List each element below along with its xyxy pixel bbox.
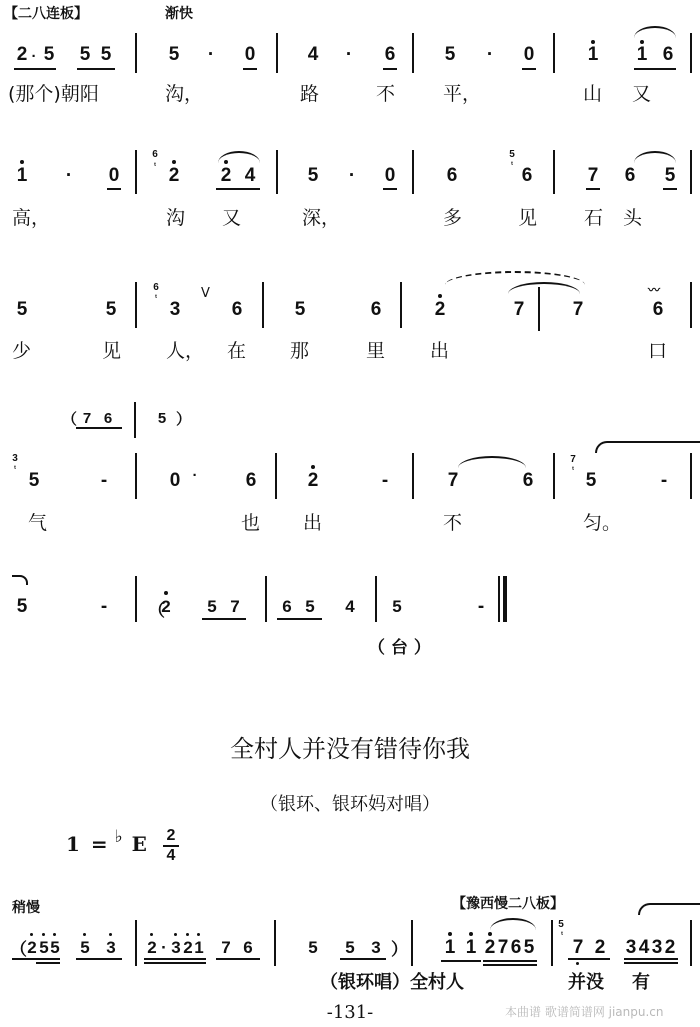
barline (134, 402, 136, 438)
grace-mark: ᵗ (507, 160, 517, 170)
lyric: 又 (632, 83, 651, 105)
lyric: 山 (583, 83, 602, 105)
underline (77, 68, 115, 70)
note: 7 (496, 938, 510, 958)
note: 6 (520, 166, 534, 186)
high-octave-dot (174, 933, 177, 936)
trill-ornament-icon: 〰 (648, 281, 658, 298)
high-octave-dot (448, 932, 452, 936)
barline (690, 282, 692, 328)
dot: · (345, 166, 359, 186)
tie-continues (638, 903, 700, 915)
banqiang-label: 【豫西慢二八板】 (452, 896, 564, 912)
grace-note: 3 (10, 454, 20, 464)
tie-continues (595, 441, 700, 453)
underline (624, 958, 678, 960)
note: 3 (104, 938, 118, 958)
note: 5 (104, 300, 118, 320)
barline (553, 150, 555, 194)
note: 1 (586, 45, 600, 65)
dash: - (97, 471, 111, 491)
lyric: 口 (648, 340, 667, 362)
underline (243, 68, 257, 70)
barline (412, 453, 414, 499)
dash: - (378, 471, 392, 491)
note: 6 (521, 471, 535, 491)
banqiang-label: 【二八连板】 (4, 6, 88, 22)
dot: · (188, 466, 202, 486)
note: 2 (306, 471, 320, 491)
slur (634, 26, 676, 38)
high-octave-dot (311, 465, 315, 469)
note: 2 (593, 938, 607, 958)
underline (76, 958, 122, 960)
note: 1 (192, 938, 206, 958)
underline (586, 188, 600, 190)
note: 5 (48, 938, 62, 958)
time-denominator: 4 (164, 848, 178, 864)
note: 7 (586, 166, 600, 186)
barline (275, 453, 277, 499)
note: 6 (280, 597, 294, 617)
note: 2 (433, 300, 447, 320)
underline (568, 958, 610, 960)
underline (277, 618, 322, 620)
note: 5 (343, 938, 357, 958)
lyric: 在 (227, 340, 246, 362)
high-octave-dot (197, 933, 200, 936)
note: 5 (167, 45, 181, 65)
barline (135, 453, 137, 499)
high-octave-dot (186, 933, 189, 936)
note: 7 (571, 300, 585, 320)
lyric: 又 (222, 207, 241, 229)
high-octave-dot (30, 933, 33, 936)
barline (276, 150, 278, 194)
lyric: 石 (584, 207, 603, 229)
paren-close: ） (176, 408, 191, 429)
high-octave-dot (109, 933, 112, 936)
underline (76, 427, 122, 429)
note: 6 (244, 471, 258, 491)
note: 0 (243, 45, 257, 65)
lyric: 人， (166, 340, 204, 362)
barline (411, 920, 413, 966)
note: 3 (624, 938, 638, 958)
note: 5 (584, 471, 598, 491)
note: 5 (155, 409, 169, 429)
note: 7 (228, 597, 242, 617)
paren-close: ） (391, 935, 408, 960)
high-octave-dot (488, 932, 492, 936)
high-octave-dot (438, 294, 442, 298)
note: 2 (159, 597, 173, 617)
barline (135, 282, 137, 328)
high-octave-dot (172, 160, 176, 164)
note: 5 (663, 166, 677, 186)
note: 5 (99, 45, 113, 65)
note: 1 (635, 45, 649, 65)
barline (135, 150, 137, 194)
lyric: (那个)朝阳 (8, 83, 99, 105)
note: 6 (241, 938, 255, 958)
barline (690, 453, 692, 499)
double-underline (483, 964, 537, 966)
barline (274, 920, 276, 966)
note: 6 (230, 300, 244, 320)
grace-mark: ᵗ (150, 161, 160, 171)
note: 2 (219, 166, 233, 186)
note: 7 (219, 938, 233, 958)
barline (135, 920, 137, 966)
annotation-tai: （ 台 ） (368, 633, 431, 658)
lyric: 出 (430, 340, 449, 362)
lyric: 出 (303, 512, 322, 534)
note: 7 (571, 938, 585, 958)
barline (690, 150, 692, 194)
note: 4 (343, 597, 357, 617)
slur (490, 918, 536, 930)
barline (690, 33, 692, 73)
note: 5 (27, 471, 41, 491)
high-octave-dot (469, 932, 473, 936)
high-octave-dot (164, 591, 168, 595)
barline (551, 920, 553, 966)
grace-mark: ᵗ (557, 930, 567, 940)
barline (262, 282, 264, 328)
barline (265, 576, 267, 622)
underline (14, 68, 56, 70)
note: 4 (243, 166, 257, 186)
note: 3 (369, 938, 383, 958)
barline (276, 33, 278, 73)
grace-mark: ᵗ (568, 465, 578, 475)
lyric: 不 (443, 512, 462, 534)
lyric: 里 (366, 340, 385, 362)
lyric: 高， (12, 207, 50, 229)
note: 5 (205, 597, 219, 617)
barline (135, 33, 137, 73)
high-octave-dot (591, 40, 595, 44)
underline (12, 958, 60, 960)
final-barline-thin (498, 576, 500, 622)
underline (634, 68, 676, 70)
note: 7 (80, 409, 94, 429)
breath-mark: V (201, 286, 210, 301)
note: 6 (445, 166, 459, 186)
dot: · (342, 45, 356, 65)
underline (144, 958, 206, 960)
barline (690, 920, 692, 966)
slur (445, 271, 585, 285)
barline (400, 282, 402, 328)
note: 5 (15, 597, 29, 617)
grace-mark: ᵗ (151, 293, 161, 303)
grace-note: 6 (150, 150, 160, 160)
note: 5 (390, 597, 404, 617)
underline (340, 958, 386, 960)
note: 5 (78, 938, 92, 958)
high-octave-dot (640, 40, 644, 44)
note: 0 (383, 166, 397, 186)
lyric: 头 (623, 207, 642, 229)
lyric: 也 (241, 512, 260, 534)
note: 6 (383, 45, 397, 65)
dash: - (657, 471, 671, 491)
double-underline (144, 962, 206, 964)
low-octave-dot (576, 962, 579, 965)
barline (375, 576, 377, 622)
lyric: 有 (632, 972, 650, 994)
page-number: -131- (300, 1003, 400, 1023)
lyric: 多 (443, 207, 462, 229)
note: 7 (512, 300, 526, 320)
note: 6 (101, 409, 115, 429)
lyric: 见 (518, 207, 537, 229)
key-equals: = (91, 832, 108, 856)
note: 7 (446, 471, 460, 491)
note: 5 (15, 300, 29, 320)
note: 2 (663, 938, 677, 958)
high-octave-dot (53, 933, 56, 936)
lyric: 见 (102, 340, 121, 362)
note: 6 (623, 166, 637, 186)
lyric: 匀。 (583, 512, 621, 534)
underline (383, 188, 397, 190)
lyric: 沟 (166, 207, 185, 229)
note: 6 (661, 45, 675, 65)
dot: · (204, 45, 218, 65)
final-barline-thick (503, 576, 507, 622)
double-underline (624, 962, 678, 964)
note: 0 (168, 471, 182, 491)
paren-open: （ (62, 408, 77, 429)
lyric: 那 (290, 340, 309, 362)
note: 5 (303, 597, 317, 617)
song-subtitle: （银环、银环妈对唱） (0, 794, 700, 816)
dot: · (29, 47, 39, 67)
lyric: 气 (28, 512, 47, 534)
lyric: 沟， (165, 83, 203, 105)
note: 4 (306, 45, 320, 65)
note: 5 (306, 938, 320, 958)
underline (441, 960, 481, 962)
key-signature: 1 = ♭ E (66, 832, 147, 856)
underline (522, 68, 536, 70)
high-octave-dot (20, 160, 24, 164)
grace-mark: ᵗ (10, 464, 20, 474)
tempo-label: 渐快 (165, 6, 193, 22)
note: 5 (78, 45, 92, 65)
note: 0 (522, 45, 536, 65)
grace-note: 5 (507, 150, 517, 160)
underline (216, 958, 260, 960)
note: 0 (107, 166, 121, 186)
note: 1 (464, 938, 478, 958)
note: 2 (167, 166, 181, 186)
lyric: 路 (300, 83, 319, 105)
lyric: 并没 (568, 972, 604, 994)
note: 2 (15, 45, 29, 65)
song-title: 全村人并没有错待你我 (0, 735, 700, 763)
note: 6 (651, 300, 665, 320)
high-octave-dot (42, 933, 45, 936)
tempo-label: 稍慢 (12, 900, 40, 916)
note: 3 (168, 300, 182, 320)
tie-end (12, 575, 28, 585)
slur (218, 151, 260, 163)
dot: · (62, 166, 76, 186)
high-octave-dot (150, 933, 153, 936)
note: 5 (443, 45, 457, 65)
key-letter: E (132, 832, 147, 856)
note: 5 (306, 166, 320, 186)
lyric: （银环唱）全村人 (320, 972, 464, 994)
dash: - (97, 597, 111, 617)
slur (634, 151, 676, 163)
time-numerator: 2 (164, 828, 178, 844)
underline (383, 68, 397, 70)
barline (553, 453, 555, 499)
note: 6 (369, 300, 383, 320)
note: 5 (293, 300, 307, 320)
lyric: 深， (302, 207, 340, 229)
barline (412, 150, 414, 194)
high-octave-dot (83, 933, 86, 936)
double-underline (36, 962, 60, 964)
lyric: 少 (12, 340, 31, 362)
note: 4 (637, 938, 651, 958)
underline (216, 188, 260, 190)
dot: · (483, 45, 497, 65)
underline (663, 188, 677, 190)
note: 1 (15, 166, 29, 186)
tie (458, 456, 526, 468)
lyric: 平， (443, 83, 481, 105)
lyric: 不 (376, 83, 395, 105)
barline (135, 576, 137, 622)
barline (412, 33, 414, 73)
grace-note: 7 (568, 455, 578, 465)
grace-note: 6 (151, 283, 161, 293)
underline (483, 960, 537, 962)
underline (202, 618, 246, 620)
watermark: 本曲谱 歌谱简谱网 jianpu.cn (505, 1003, 664, 1020)
barline (553, 33, 555, 73)
grace-note: 5 (556, 920, 566, 930)
key-one: 1 (66, 832, 80, 856)
note: 5 (42, 45, 56, 65)
note: 6 (509, 938, 523, 958)
note: 5 (522, 938, 536, 958)
flat-icon: ♭ (115, 827, 123, 847)
note: 1 (443, 938, 457, 958)
dash: - (474, 597, 488, 617)
note: 3 (650, 938, 664, 958)
note: 2 (483, 938, 497, 958)
underline (107, 188, 121, 190)
